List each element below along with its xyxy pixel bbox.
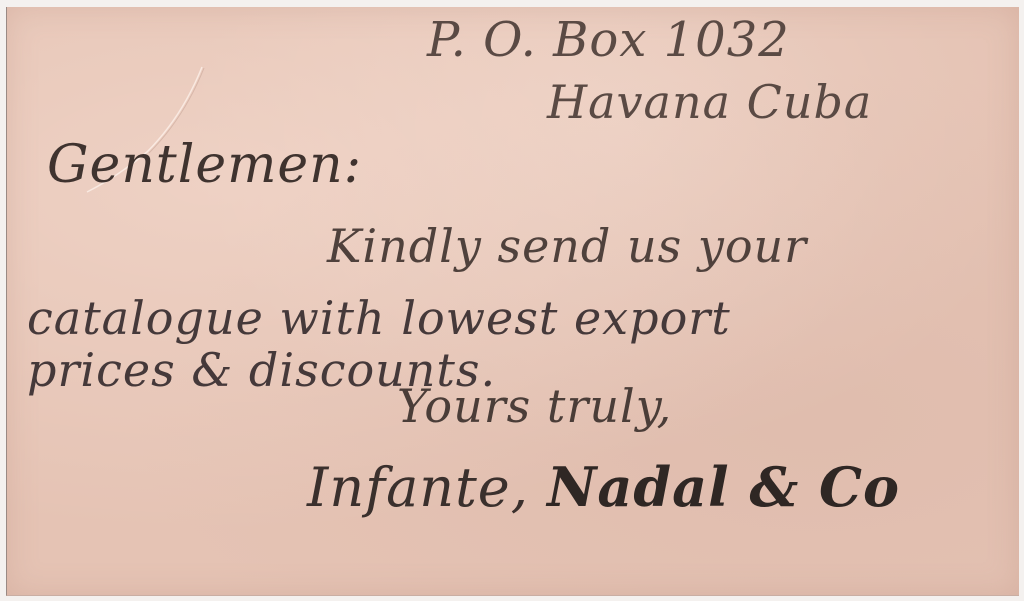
return-address-line2: Havana Cuba: [547, 75, 872, 129]
message-line-1: Kindly send us your: [327, 219, 807, 273]
signature: Infante, Nadal & Co: [307, 455, 900, 519]
postcard: P. O. Box 1032 Havana Cuba Gentlemen: Ki…: [6, 7, 1019, 596]
closing: Yours truly,: [397, 379, 672, 433]
return-address-line1: P. O. Box 1032: [427, 12, 790, 68]
signature-name-2: Nadal & Co: [547, 455, 900, 519]
signature-name-1: Infante,: [307, 456, 529, 519]
message-line-2: catalogue with lowest export: [27, 291, 731, 345]
salutation: Gentlemen:: [47, 135, 362, 195]
